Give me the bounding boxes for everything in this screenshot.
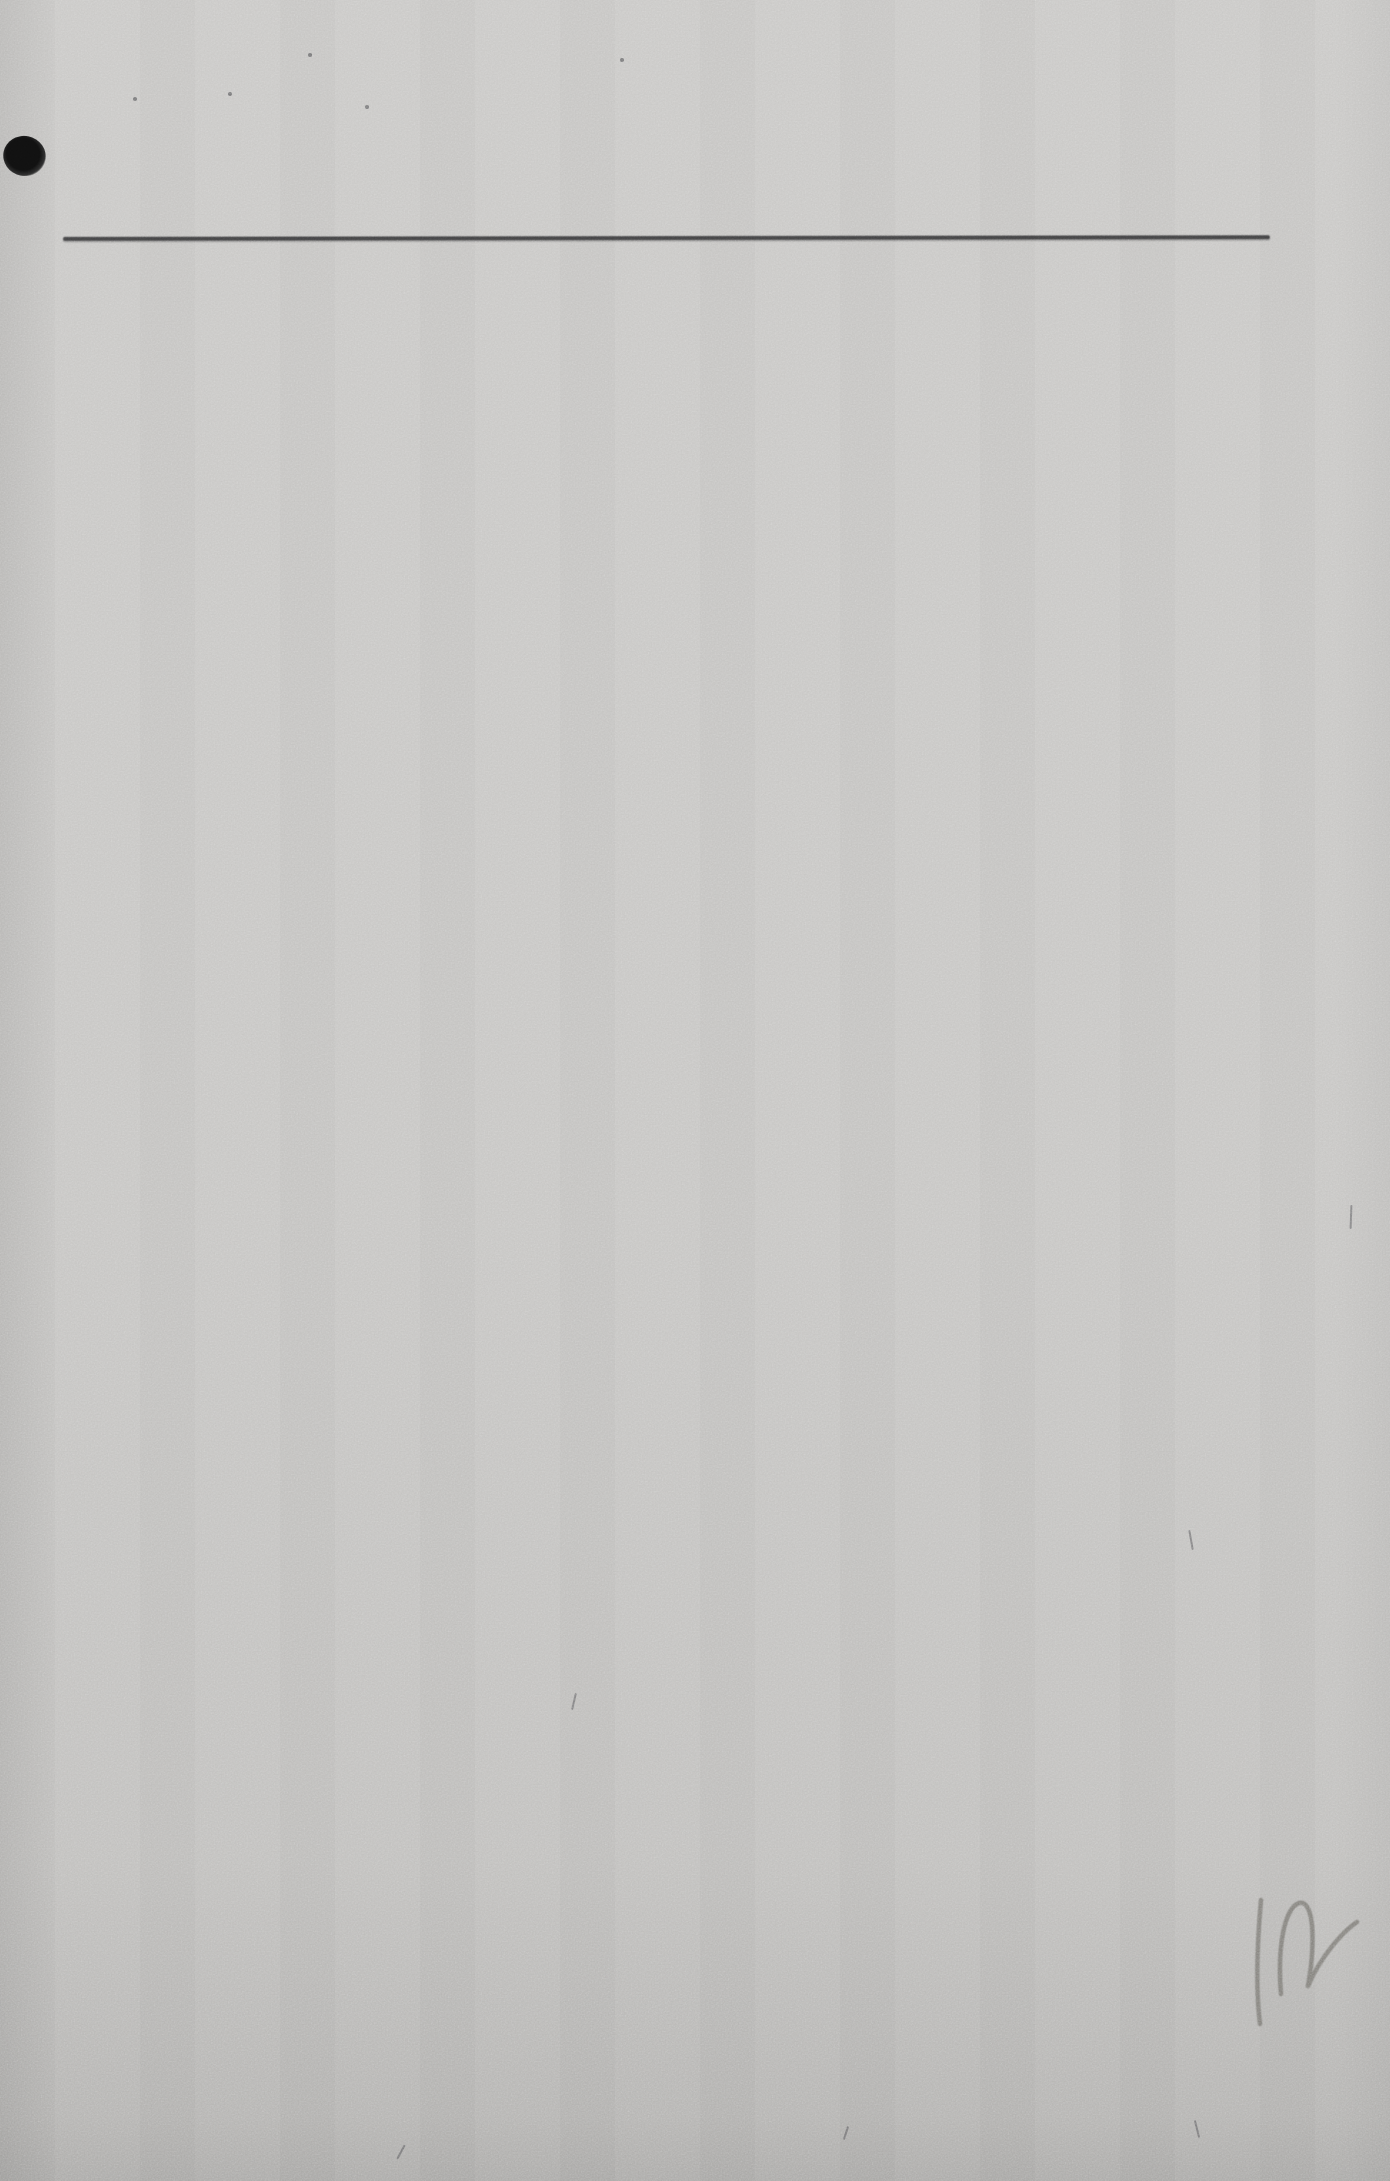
paper-grain-overlay bbox=[0, 0, 1390, 2181]
pencil-initial-mark bbox=[1244, 1872, 1364, 2052]
paper-speck bbox=[365, 105, 369, 109]
scratch-mark bbox=[396, 2144, 405, 2159]
paper-speck bbox=[308, 53, 312, 57]
paper-speck bbox=[620, 58, 624, 62]
scratch-mark bbox=[571, 1693, 577, 1710]
scratch-mark bbox=[1194, 2120, 1200, 2138]
document-page bbox=[0, 0, 1390, 2181]
paper-speck bbox=[228, 92, 232, 96]
scratch-mark bbox=[843, 2126, 849, 2140]
paper-speck bbox=[133, 97, 137, 101]
scratch-mark bbox=[1188, 1530, 1193, 1550]
header-rule bbox=[63, 235, 1270, 241]
hole-punch-mark bbox=[0, 132, 50, 180]
scratch-mark bbox=[1350, 1205, 1353, 1229]
